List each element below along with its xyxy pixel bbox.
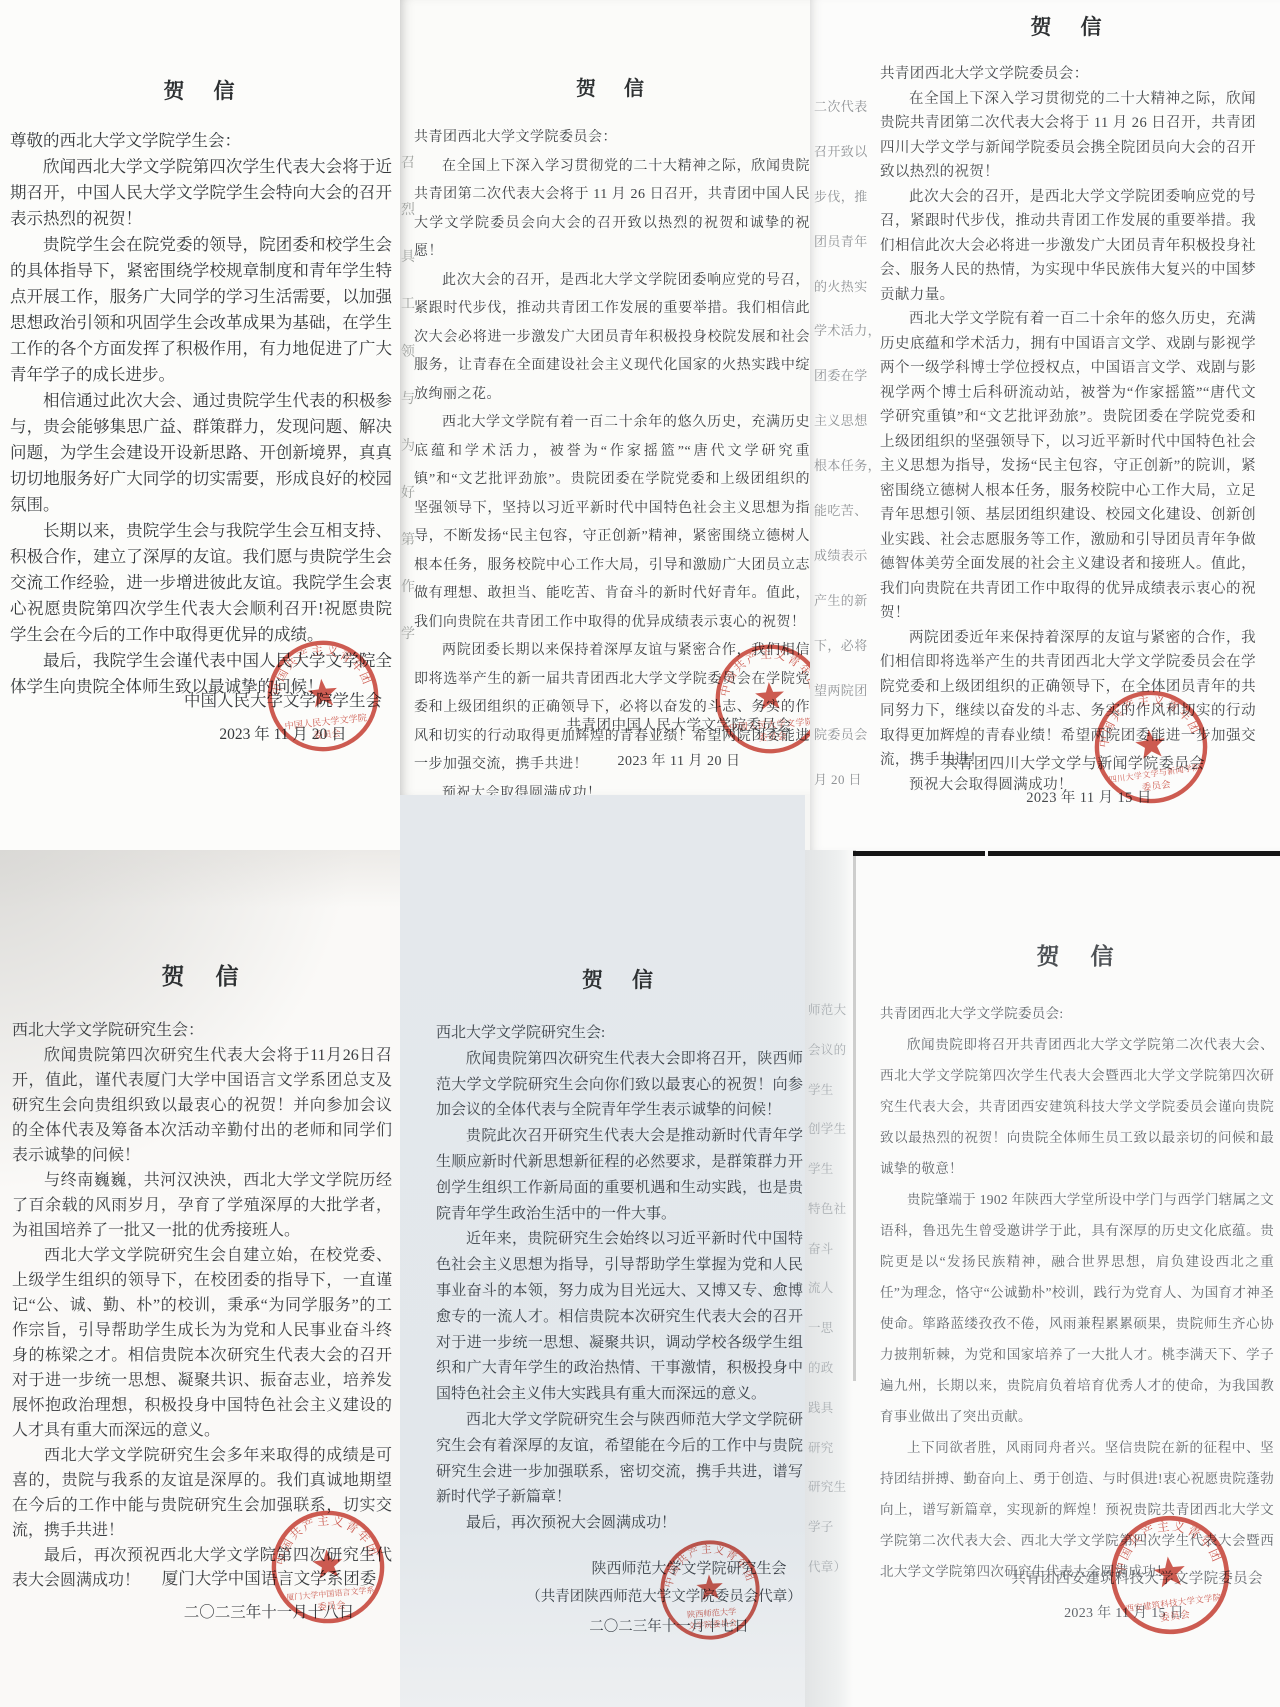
- paragraph: 欣闻贵院第四次研究生代表大会将于11月26日召开，值此，谨代表厦门大学中国语言文…: [12, 1043, 392, 1168]
- salutation: 共青团西北大学文学院委员会:: [880, 998, 1274, 1029]
- date: 2023 年 11 月 20 日: [548, 748, 810, 777]
- date: 2023 年 11 月 15 日: [1003, 1598, 1245, 1629]
- signature: 共青团四川大学文学与新闻学院委员会: [928, 752, 1220, 777]
- paragraph: 贵院此次召开研究生代表大会是推动新时代青年学生顺应新时代新思想新征程的必然要求，…: [436, 1124, 803, 1227]
- paragraph: 贵院肇端于 1902 年陕西大学堂所设中学门与西学门辖属之文语科，鲁迅先生曾受邀…: [880, 1184, 1274, 1432]
- paragraph: 西北大学文学院研究生会自建立始，在校党委、上级学生组织的领导下，在校团委的指导下…: [12, 1243, 392, 1443]
- bleed-fragment: 能吃苦、: [814, 499, 868, 524]
- paragraph: 最后，再次预祝大会圆满成功！: [436, 1511, 803, 1537]
- letter-title: 贺 信: [436, 965, 803, 995]
- signature-note: （共青团陕西师范大学文学院委员会代章）: [508, 1585, 805, 1611]
- paragraph: 贵院学生会在院党委的领导，院团委和校学生会的具体指导下，紧密围绕学校规章制度和青…: [10, 232, 392, 388]
- bleed-fragment: 学术活力，: [814, 319, 881, 344]
- scan-artifact-bar: [853, 851, 985, 856]
- paragraph: 此次大会的召开，是西北大学文学院团委响应党的号召，紧跟时代步伐，推动共青团工作发…: [414, 267, 810, 410]
- letter-scu-literature-journalism: 贺 信 共青团西北大学文学院委员会： 在全国上下深入学习贯彻党的二十大精神之际，…: [810, 0, 1280, 850]
- letter-xauat-youth-league: 贺 信 共青团西北大学文学院委员会: 欣闻贵院即将召开共青团西北大学文学院第二次…: [805, 850, 1280, 1707]
- paragraph: 相信通过此次大会、通过贵院学生代表的积极参与，贵会能够集思广益、群策群力，发现问…: [10, 388, 392, 518]
- bleed-fragment: 召开致以: [814, 140, 868, 165]
- bleed-fragment: 步伐，推: [814, 185, 868, 210]
- scan-bleed-fragments: 二次代表召开致以步伐，推团员青年的火热实学术活力，团委在学主义思想根本任务，能吃…: [814, 95, 876, 793]
- letter-title: 贺 信: [10, 76, 392, 106]
- signature: 共青团中国人民大学文学院委员会: [548, 712, 810, 741]
- paragraph: 欣闻贵院第四次研究生代表大会即将召开，陕西师范大学文学院研究生会向你们致以最衷心…: [436, 1047, 803, 1124]
- signature: 陕西师范大学文学院研究生会: [558, 1557, 805, 1583]
- paragraph: 此次大会的召开，是西北大学文学院团委响应党的号召，紧跟时代步伐，推动共青团工作发…: [880, 185, 1256, 308]
- signature: 厦门大学中国语言文学系团委: [148, 1566, 390, 1591]
- paragraph: 西北大学文学院研究生会与陕西师范大学文学院研究生会有着深厚的友谊，希望能在今后的…: [436, 1408, 803, 1511]
- bleed-fragment: 望两院团: [814, 679, 868, 704]
- letter-title: 贺 信: [414, 74, 810, 104]
- paragraph: 与终南巍巍，共河汉泱泱，西北大学文学院历经了百余载的风雨岁月，孕育了学殖深厚的大…: [12, 1168, 392, 1243]
- paragraph: 预祝大会取得圆满成功！: [414, 780, 810, 796]
- letter-ruc-student-union: 贺 信 尊敬的西北大学文学院学生会： 欣闻西北大学文学院第四次学生代表大会将于近…: [0, 0, 400, 850]
- paragraph: 欣闻西北大学文学院第四次学生代表大会将于近期召开，中国人民大学文学院学生会特向大…: [10, 154, 392, 232]
- bleed-fragment: 月 20 日: [814, 768, 862, 793]
- paragraph: 西北大学文学院研究生会多年来取得的成绩是可喜的，贵院与我系的友谊是深厚的。我们真…: [12, 1443, 392, 1543]
- bleed-fragment: 成绩表示: [814, 544, 868, 569]
- signature: 中国人民大学文学院学生会: [168, 688, 398, 714]
- bleed-fragment: 的火热实: [814, 275, 868, 300]
- letter-title: 贺 信: [880, 942, 1274, 972]
- letter-title: 贺 信: [12, 962, 392, 992]
- paragraph: 长期以来，贵院学生会与我院学生会互相支持、积极合作，建立了深厚的友谊。我们愿与贵…: [10, 518, 392, 648]
- bleed-fragment: 下，必将: [814, 634, 868, 659]
- letter-ruc-youth-league: 贺 信 共青团西北大学文学院委员会： 在全国上下深入学习贯彻党的二十大精神之际，…: [400, 0, 810, 795]
- bleed-fragment: 根本任务，: [814, 454, 881, 479]
- paragraph: 欣闻贵院即将召开共青团西北大学文学院第二次代表大会、西北大学文学院第四次学生代表…: [880, 1029, 1274, 1184]
- date: 二〇二三年十一月十八日: [148, 1600, 390, 1625]
- scan-edge-strip: [805, 850, 853, 1707]
- salutation: 西北大学文学院研究生会：: [12, 1018, 392, 1043]
- salutation: 共青团西北大学文学院委员会：: [414, 124, 810, 153]
- scan-edge-line: [853, 850, 856, 1381]
- bleed-fragment: 主义思想: [814, 409, 868, 434]
- bleed-fragment: 院委员会: [814, 723, 868, 748]
- letter-title: 贺 信: [880, 12, 1256, 42]
- bleed-fragment: 产生的新: [814, 589, 868, 614]
- paragraph: 西北大学文学院有着一百二十余年的悠久历史，充满历史底蕴和学术活力，拥有中国语言文…: [880, 307, 1256, 626]
- paragraph: 西北大学文学院有着一百二十余年的悠久历史，充满历史底蕴和学术活力，被誉为“作家摇…: [414, 409, 810, 637]
- date: 2023 年 11 月 15 日: [958, 786, 1220, 811]
- paragraph: 在全国上下深入学习贯彻党的二十大精神之际，欣闻贵院共青团第二次代表大会将于 11…: [414, 153, 810, 267]
- date: 2023 年 11 月 20 日: [168, 722, 398, 748]
- bleed-fragment: 团委在学: [814, 364, 868, 389]
- paragraph: 两院团委近年来保持着深厚的友谊与紧密的合作，我们相信即将选举产生的共青团西北大学…: [880, 626, 1256, 773]
- salutation: 西北大学文学院研究生会:: [436, 1021, 803, 1047]
- date: 二〇二三年十一月十七日: [538, 1615, 800, 1641]
- signature: 共青团西安建筑科技大学文学院委员会: [1003, 1564, 1271, 1595]
- bleed-fragment: 团员青年: [814, 230, 868, 255]
- bleed-fragment: 二次代表: [814, 95, 868, 120]
- letter-xmu-chinese-dept: 贺 信 西北大学文学院研究生会： 欣闻贵院第四次研究生代表大会将于11月26日召…: [0, 850, 400, 1707]
- letter-snnu-postgrad-union: 贺 信 西北大学文学院研究生会: 欣闻贵院第四次研究生代表大会即将召开，陕西师范…: [400, 795, 805, 1707]
- scan-bleed-fragments: 召烈具工领与为好第作学: [401, 150, 415, 650]
- salutation: 尊敬的西北大学文学院学生会：: [10, 128, 392, 154]
- salutation: 共青团西北大学文学院委员会：: [880, 62, 1256, 87]
- scan-artifact-bar: [988, 851, 1280, 856]
- paragraph: 近年来，贵院研究生会始终以习近平新时代中国特色社会主义思想为指导，引导帮助学生掌…: [436, 1227, 803, 1408]
- paragraph: 在全国上下深入学习贯彻党的二十大精神之际，欣闻贵院共青团第二次代表大会将于 11…: [880, 87, 1256, 185]
